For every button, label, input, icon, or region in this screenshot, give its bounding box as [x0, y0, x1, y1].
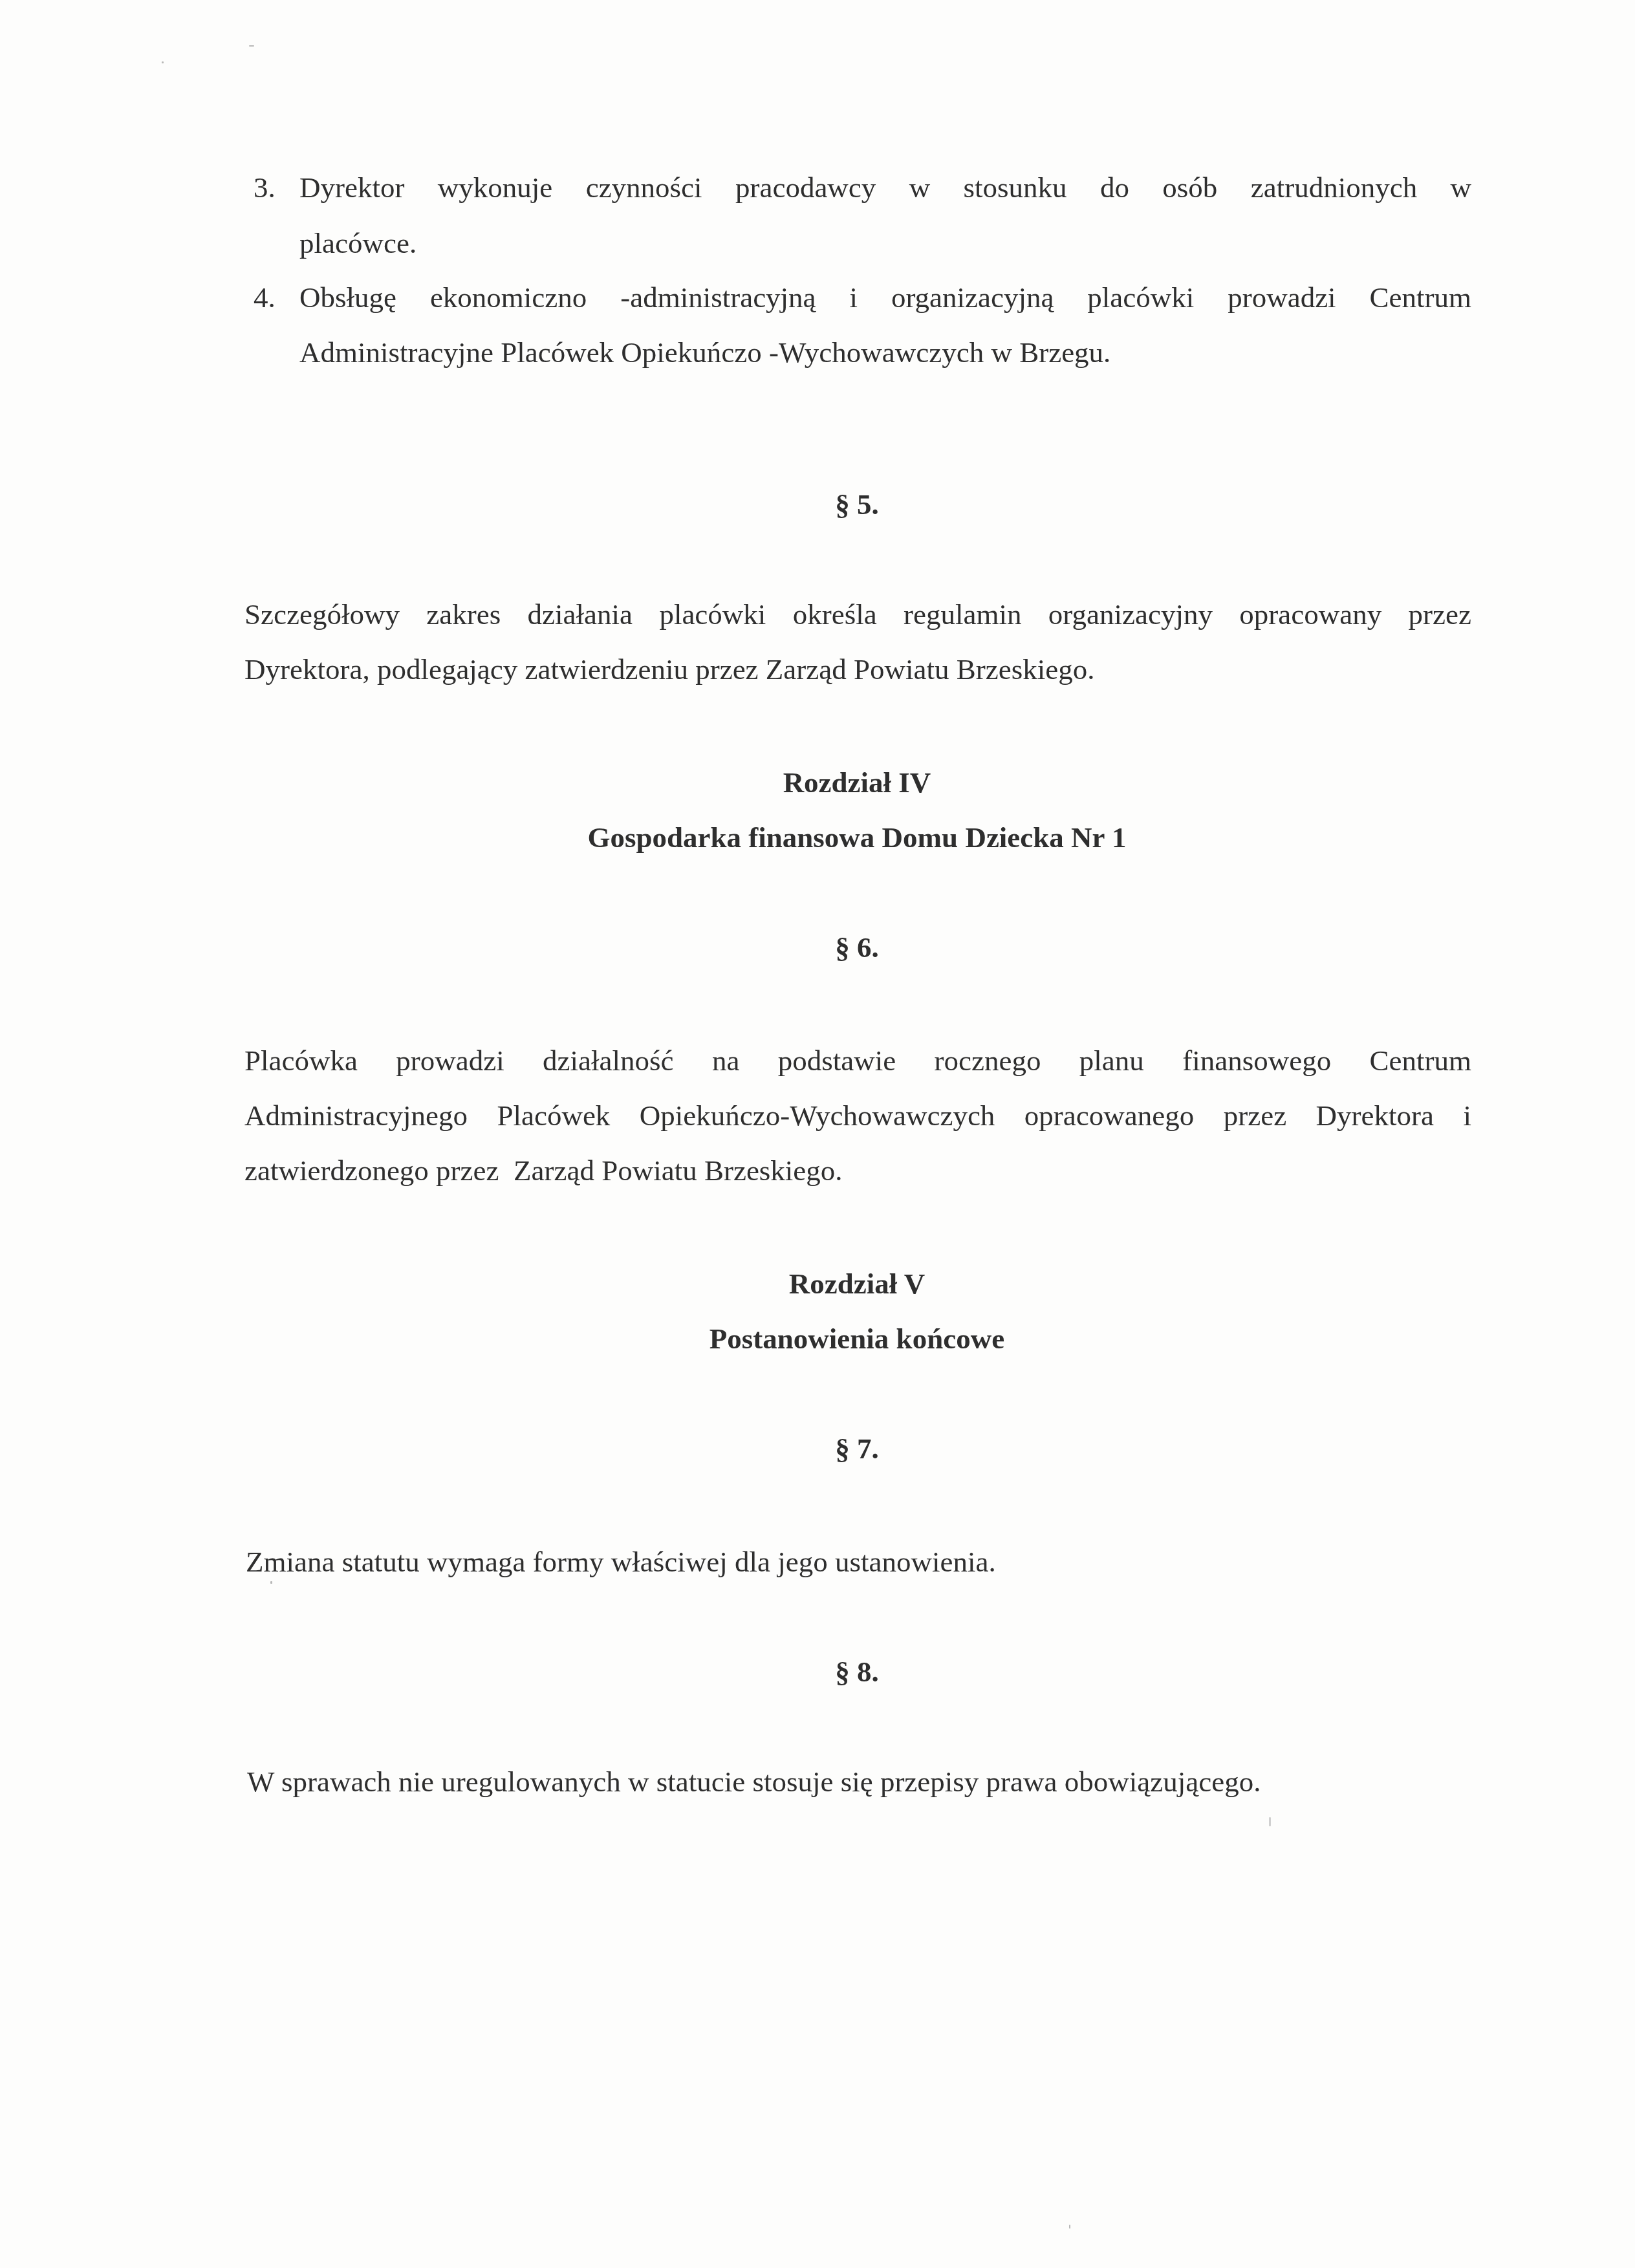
- section-6-line-3: zatwierdzonego przez Zarząd Powiatu Brze…: [244, 1152, 843, 1189]
- section-7-line-1: Zmiana statutu wymaga formy właściwej dl…: [246, 1544, 996, 1580]
- chapter-4-title: Rozdział IV: [0, 764, 1635, 801]
- section-6-heading: § 6.: [0, 929, 1635, 966]
- scanned-document-page: 3. Dyrektor wykonuje czynności pracodawc…: [0, 0, 1635, 2268]
- chapter-5-title: Rozdział V: [0, 1266, 1635, 1302]
- section-6-line-2: Administracyjnego Placówek Opiekuńczo-Wy…: [244, 1097, 1471, 1134]
- scan-speck: [270, 1581, 272, 1584]
- scan-speck: [1269, 1817, 1271, 1826]
- section-8-line-1: W sprawach nie uregulowanych w statucie …: [247, 1764, 1261, 1800]
- section-5-line-2: Dyrektora, podlegający zatwierdzeniu prz…: [244, 651, 1094, 687]
- chapter-4-subtitle: Gospodarka finansowa Domu Dziecka Nr 1: [0, 819, 1635, 856]
- section-6-line-1: Placówka prowadzi działalność na podstaw…: [244, 1042, 1471, 1079]
- list-item-3-line-1: Dyrektor wykonuje czynności pracodawcy w…: [299, 169, 1471, 206]
- section-5-heading: § 5.: [0, 486, 1635, 523]
- section-5-line-1: Szczegółowy zakres działania placówki ok…: [244, 596, 1471, 632]
- list-item-number: 3.: [254, 169, 276, 206]
- scan-speck: [162, 61, 164, 63]
- scan-speck: [1069, 2225, 1070, 2229]
- scan-speck: [249, 45, 254, 47]
- section-7-heading: § 7.: [0, 1431, 1635, 1467]
- list-item-4-line-2: Administracyjne Placówek Opiekuńczo -Wyc…: [299, 334, 1110, 371]
- list-item-4-line-1: Obsługę ekonomiczno -administracyjną i o…: [299, 279, 1471, 316]
- chapter-5-subtitle: Postanowienia końcowe: [0, 1321, 1635, 1357]
- section-8-heading: § 8.: [0, 1654, 1635, 1690]
- list-item-number: 4.: [254, 279, 276, 316]
- list-item-3-line-2: placówce.: [299, 225, 417, 261]
